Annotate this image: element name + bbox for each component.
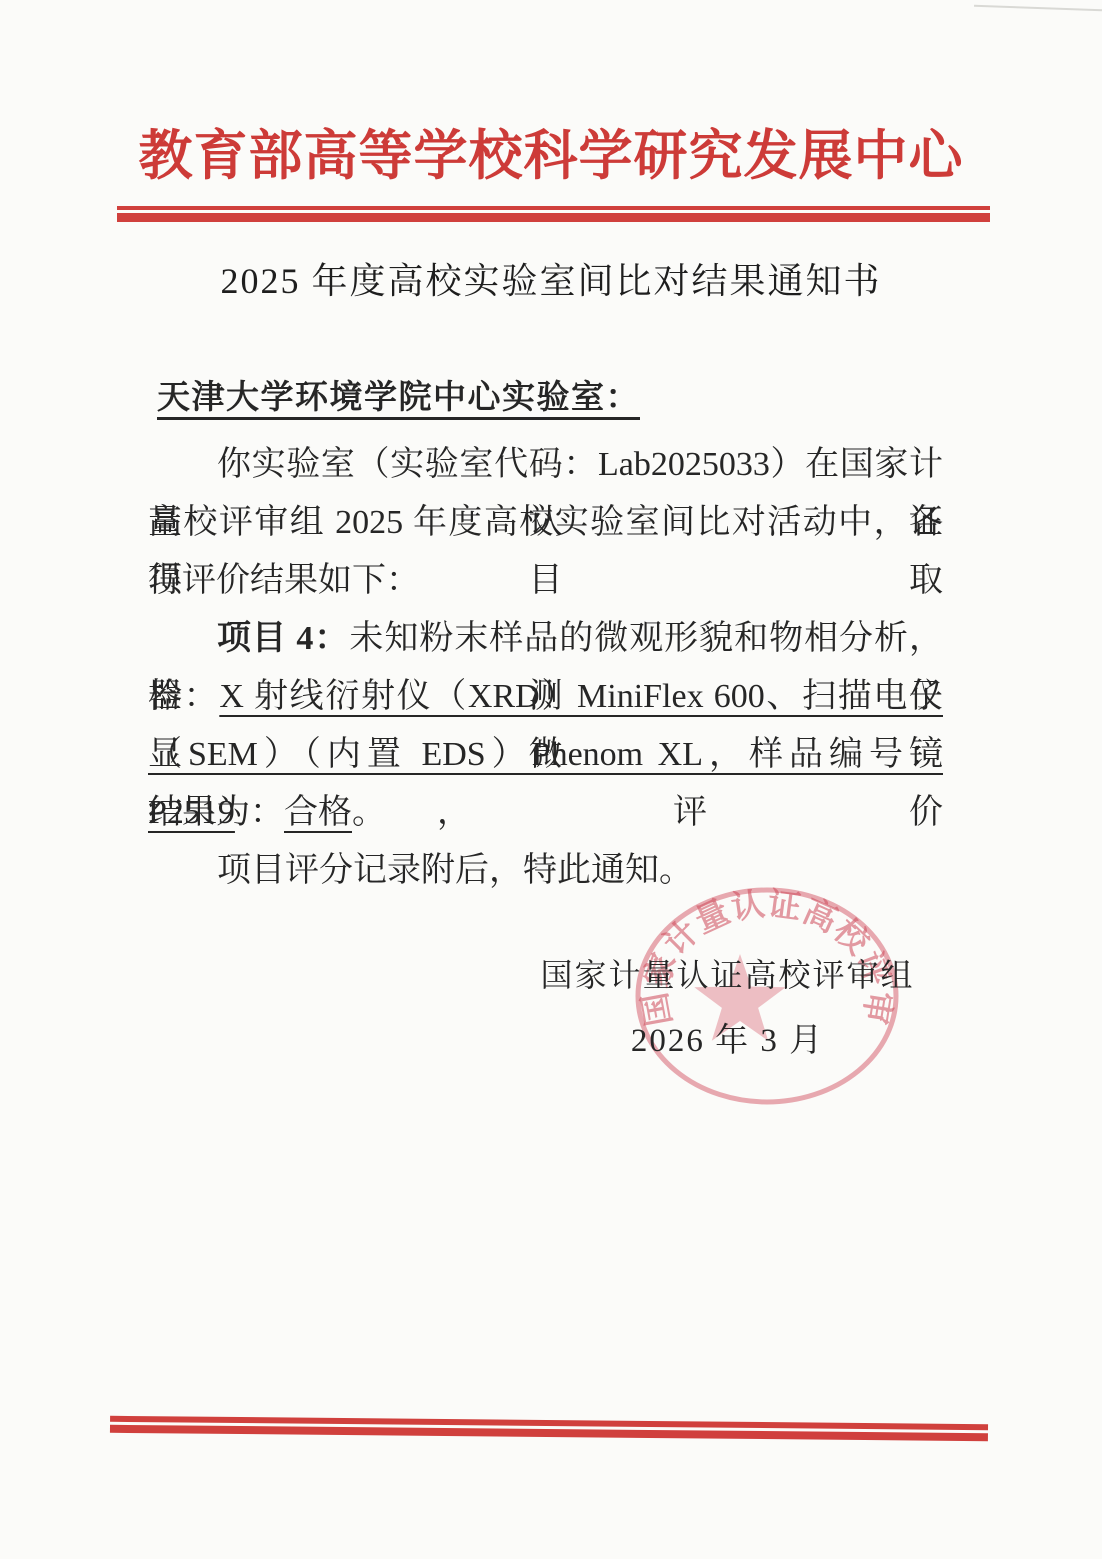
underlined-text: （SEM）（内置 EDS）Phenom XL: [148, 736, 703, 773]
body-text: ，样品编号：: [703, 736, 943, 773]
header-double-rule: [117, 206, 990, 222]
signature-date: 2026 年 3 月: [540, 1016, 915, 1066]
body-line: 项目评分记录附后，特此通知。: [148, 842, 943, 900]
header-rule-thick-bar: [117, 213, 990, 222]
body-line: 高校评审组 2025 年度高校实验室间比对活动中，各项目取: [148, 494, 943, 552]
body-line: 你实验室（实验室代码：Lab2025033）在国家计量认证: [148, 436, 943, 494]
letterhead-org-title: 教育部高等学校科学研究发展中心: [0, 116, 1102, 196]
signature-block: 国家计量认证高校评审组 2026 年 3 月: [540, 950, 915, 1066]
addressee-name: 天津大学环境学院中心实验室：: [157, 380, 658, 416]
body-text: 。: [352, 794, 386, 831]
document-title: 2025 年度高校实验室间比对结果通知书: [0, 256, 1102, 306]
footer-double-rule: [110, 1416, 988, 1441]
body-text: 结果为：: [148, 794, 284, 831]
body-paragraphs: 你实验室（实验室代码：Lab2025033）在国家计量认证高校评审组 2025 …: [148, 436, 943, 900]
scan-artifact-line: [974, 5, 1102, 11]
body-line: 项目 4：未知粉末样品的微观形貌和物相分析，检测仪: [148, 610, 943, 668]
addressee-line: 天津大学环境学院中心实验室：: [157, 374, 658, 422]
bold-text: 项目 4：: [217, 620, 349, 657]
body-line: 器：X 射线衍射仪（XRD）MiniFlex 600、扫描电子显微镜: [148, 668, 943, 726]
notification-letter-page: 教育部高等学校科学研究发展中心 2025 年度高校实验室间比对结果通知书 天津大…: [0, 0, 1102, 1559]
underlined-text: 合格: [284, 794, 352, 831]
body-line: （SEM）（内置 EDS）Phenom XL，样品编号：P2519，评价: [148, 726, 943, 784]
signature-org: 国家计量认证高校评审组: [540, 950, 915, 1000]
body-text: 项目评分记录附后，特此通知。: [217, 852, 693, 889]
body-text: 器：: [148, 678, 219, 715]
body-text: 得评价结果如下：: [148, 562, 420, 599]
